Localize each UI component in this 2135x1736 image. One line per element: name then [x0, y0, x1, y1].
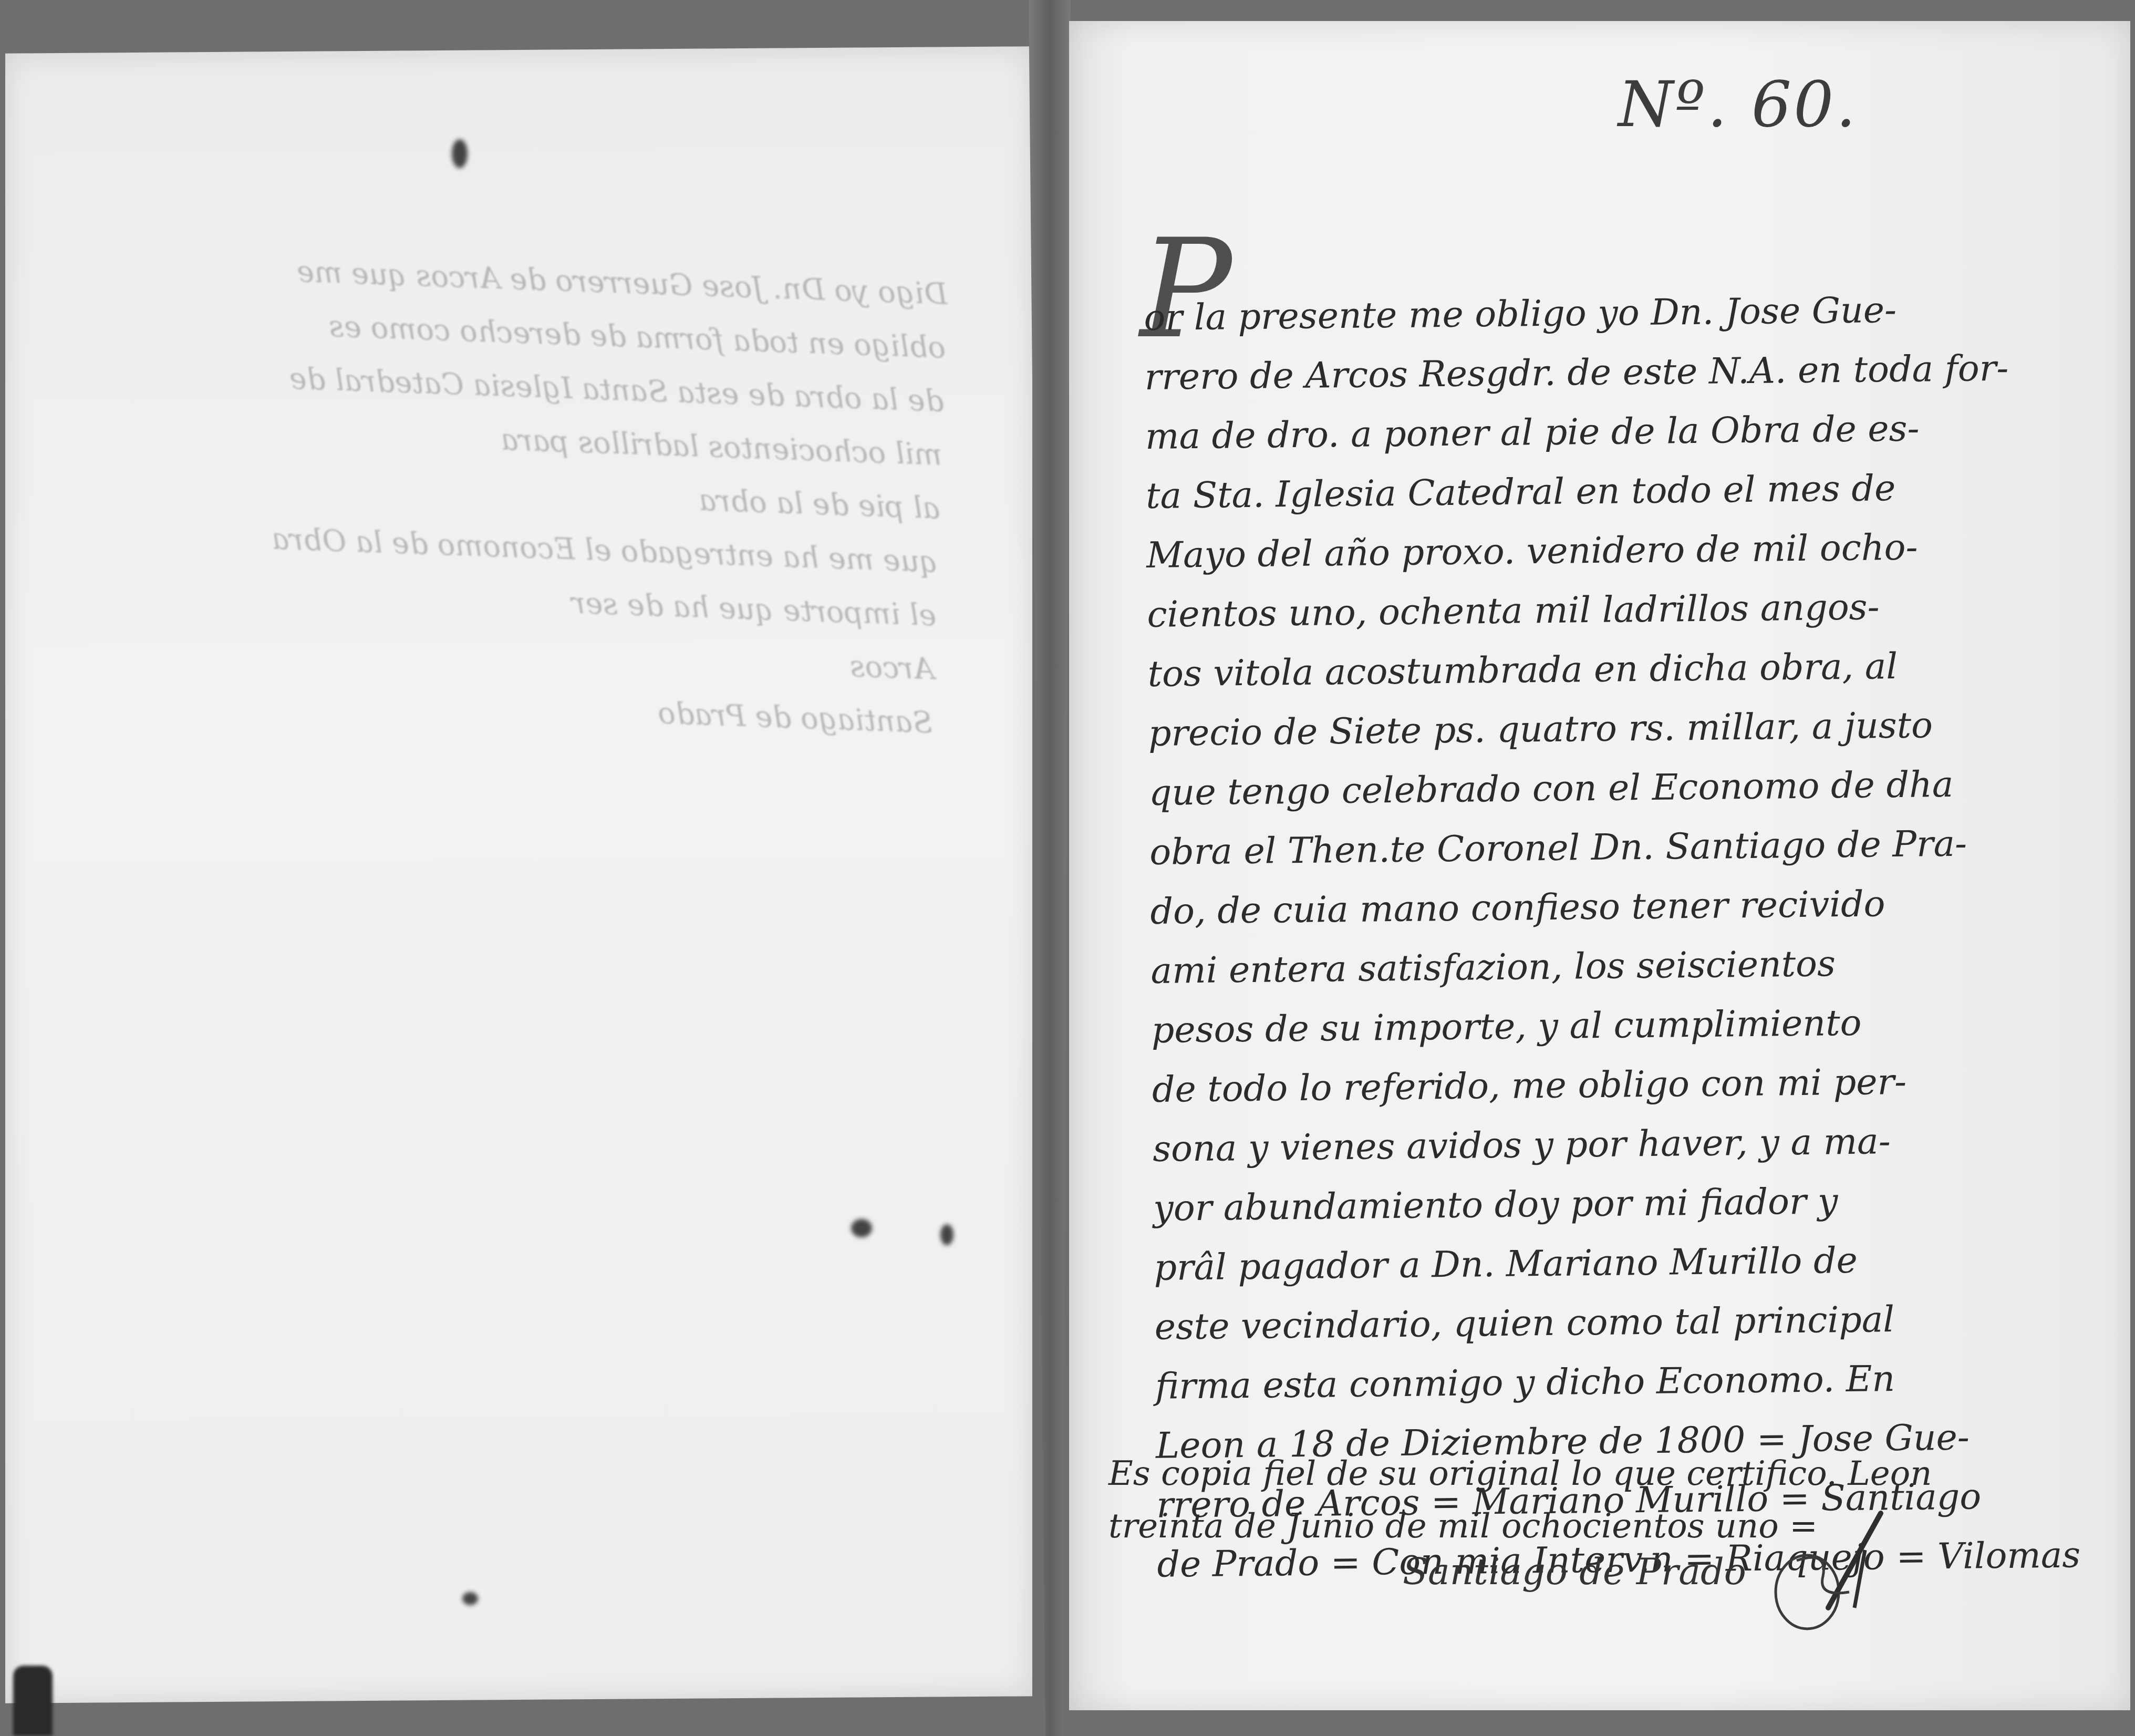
- text-line: ma de dro. a poner al pie de la Obra de …: [1145, 398, 2038, 467]
- text-line: rrero de Arcos Resgdr. de este N.A. en t…: [1144, 338, 2038, 407]
- text-line: ta Sta. Iglesia Catedral en todo el mes …: [1146, 457, 2039, 526]
- text-line: firma esta conmigo y dicho Economo. En: [1155, 1348, 2048, 1417]
- text-line: sona y vienes avidos y por haver, y a ma…: [1153, 1110, 2046, 1179]
- signature: Santiago de Prado: [1403, 1550, 1746, 1593]
- text-line: or la presente me obligo yo Dn. Jose Gue…: [1144, 279, 2037, 348]
- text-line: cientos uno, ochenta mil ladrillos angos…: [1147, 576, 2040, 645]
- text-line: tos vitola acostumbrada en dicha obra, a…: [1147, 635, 2041, 704]
- cert-line: Es copia fiel de su original lo que cert…: [1108, 1448, 2065, 1500]
- text-line: prâl pagador a Dn. Mariano Murillo de: [1154, 1229, 2047, 1298]
- ink-blot: [462, 1592, 478, 1605]
- left-page-bleed-through-text: Digo yo Dn. Jose Guerrero de Arcos que m…: [39, 237, 948, 750]
- ink-blot: [940, 1224, 954, 1245]
- book-gutter: [1029, 0, 1071, 1736]
- text-line: este vecindario, quien como tal principa…: [1154, 1288, 2048, 1357]
- folio-number: Nº. 60.: [1618, 68, 1858, 141]
- text-line: Mayo del año proxo. venidero de mil ocho…: [1146, 516, 2040, 585]
- ink-blot: [851, 1219, 872, 1237]
- obligation-text: or la presente me obligo yo Dn. Jose Gue…: [1144, 279, 2050, 1595]
- text-line: ami entera satisfazion, los seiscientos: [1151, 932, 2044, 1001]
- text-line: do, de cuia mano confieso tener recivido: [1150, 873, 2044, 942]
- rubric-flourish-icon: [1765, 1503, 1923, 1639]
- ink-blot: [452, 139, 468, 168]
- binder-clip: [13, 1666, 53, 1736]
- text-line: pesos de su importe, y al cumplimiento: [1151, 991, 2045, 1060]
- manuscript-spread: Digo yo Dn. Jose Guerrero de Arcos que m…: [0, 0, 2135, 1736]
- text-line: obra el Then.te Coronel Dn. Santiago de …: [1149, 813, 2043, 882]
- text-line: precio de Siete ps. quatro rs. millar, a…: [1148, 695, 2041, 763]
- text-line: de todo lo referido, me obligo con mi pe…: [1152, 1051, 2045, 1120]
- text-line: yor abundamiento doy por mi fiador y: [1153, 1170, 2047, 1238]
- text-line: que tengo celebrado con el Economo de dh…: [1148, 754, 2042, 823]
